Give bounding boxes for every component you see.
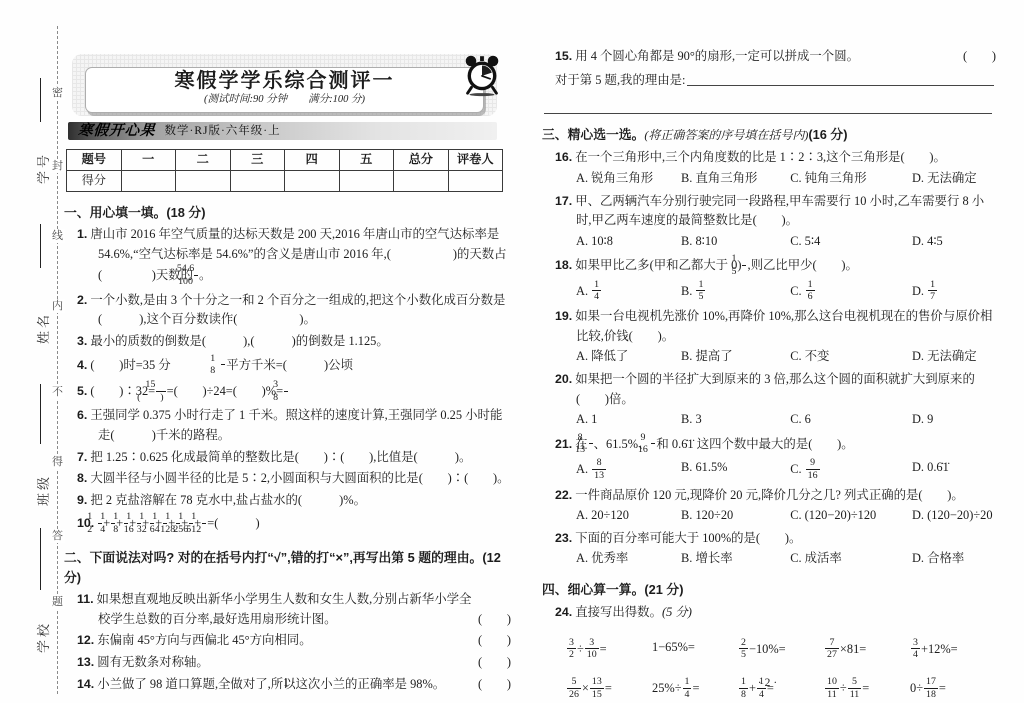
section-3-header: 三、精心选一选。(将正确答案的序号填在括号内)(16 分) (542, 125, 996, 145)
question-number: 9. (77, 493, 87, 507)
question-number: 21. (555, 437, 572, 451)
calc-expression: 25−10%= (738, 638, 824, 662)
choice-options-row: A. 14B. 15C. 16D. 17 (555, 280, 996, 304)
question-24-header: 24.直接写出得数。(5 分) (555, 603, 996, 623)
fill-question: 2.一个小数,是由 3 个十分之一和 2 个百分之一组成的,把这个小数化成百分数… (77, 291, 511, 330)
answer-paren: ( ) (963, 47, 996, 67)
seal-line-char: 内 (50, 299, 65, 313)
score-table-header-cell: 四 (285, 150, 340, 171)
fraction: 38 (284, 379, 288, 403)
choice-option: D. (120−20)÷20 (912, 506, 996, 526)
question-text: 18.如果甲比乙多(甲和乙都大于 0)15,则乙比甲少( )。 (555, 254, 996, 278)
write-blank-line (40, 78, 41, 122)
question-number: 8. (77, 471, 87, 485)
choice-options-row: A. 优秀率B. 增长率C. 成活率D. 合格率 (555, 549, 996, 569)
choice-option: B. 120÷20 (681, 506, 790, 526)
section-3-score: (16 分) (808, 127, 847, 142)
section-1-score: (18 分) (166, 205, 205, 220)
question-text: 王强同学 0.375 小时行走了 1 千米。照这样的速度计算,王强同学 0.25… (90, 408, 502, 442)
choice-option: B. 增长率 (681, 549, 790, 569)
choice-question: 17.甲、乙两辆汽车分别行驶完同一段路程,甲车需要行 10 小时,乙车需要行 8… (555, 192, 996, 252)
seal-line-char: 答 (50, 529, 65, 543)
fraction: 32 (567, 637, 576, 661)
seal-line-char: 密 (50, 86, 65, 100)
score-table-header-cell: 评卷人 (448, 150, 503, 171)
fill-question: 6.王强同学 0.375 小时行走了 1 千米。照这样的速度计算,王强同学 0.… (77, 406, 511, 445)
choice-option: D. 0.6̇1̇ (912, 458, 996, 482)
fraction: 15 (696, 279, 705, 303)
question-24-score: (5 分) (662, 605, 692, 619)
choice-option: D. 9 (912, 410, 996, 430)
question-number: 11. (77, 592, 94, 606)
fill-question: 10.12+14+18+116+132+164+1128+1256+1512=(… (77, 512, 511, 536)
fraction: 16 (806, 279, 815, 303)
choice-option: B. 61.5% (681, 458, 790, 482)
score-table-header-cell: 总分 (394, 150, 449, 171)
margin-field-label: 学校 (33, 614, 49, 660)
question-number: 4. (77, 358, 87, 372)
fraction: 34 (911, 637, 920, 661)
score-entry-cell (121, 171, 176, 192)
seal-margin: 密封线内不得答题学号姓名班级学校 (0, 0, 64, 703)
score-entry-cell (230, 171, 285, 192)
score-entry-cell (339, 171, 394, 192)
fill-question-list: 1.唐山市 2016 年空气质量的达标天数是 200 天,2016 年唐山市的空… (64, 225, 511, 537)
title-box: 寒假学学乐综合测评一 (测试时间:90 分钟 满分:100 分) (72, 54, 497, 116)
score-entry-cell (285, 171, 340, 192)
seal-dashed-line (57, 26, 58, 694)
calc-expression: 727×81= (824, 638, 910, 662)
section-4-score: (21 分) (644, 582, 683, 597)
question-number: 1. (77, 227, 87, 241)
section-3-title: 三、精心选一选。 (542, 127, 644, 142)
score-entry-cell (176, 171, 231, 192)
choice-question-list: 16.在一个三角形中,三个内角度数的比是 1∶2∶3,这个三角形是( )。A. … (542, 148, 996, 569)
fraction: 18 (221, 353, 225, 377)
question-text: 23.下面的百分率可能大于 100%的是( )。 (555, 529, 996, 549)
choice-option: A. 优秀率 (576, 549, 681, 569)
choice-option: D. 4∶5 (912, 232, 996, 252)
score-table-header-cell: 三 (230, 150, 285, 171)
question-text: 16.在一个三角形中,三个内角度数的比是 1∶2∶3,这个三角形是( )。 (555, 148, 996, 168)
choice-option: D. 合格率 (912, 549, 996, 569)
seal-line-char: 题 (50, 595, 65, 609)
judge-question-15: 15.用 4 个圆心角都是 90°的扇形,一定可以拼成一个圆。( ) (542, 47, 996, 67)
brand-edition: 数学·RJ版·六年级·上 (156, 122, 281, 140)
calc-expression: 34+12%= (910, 638, 996, 662)
choice-option: A. 813 (576, 458, 681, 482)
choice-option: D. 无法确定 (912, 347, 996, 367)
choice-question: 18.如果甲比乙多(甲和乙都大于 0)15,则乙比甲少( )。A. 14B. 1… (555, 254, 996, 304)
title-card: 寒假学学乐综合测评一 (测试时间:90 分钟 满分:100 分) (85, 67, 484, 113)
judge-question: 13.圆有无数条对称轴。( ) (77, 653, 511, 673)
score-table-score-row: 得分 (67, 171, 503, 192)
reason-label: 对于第 5 题,我的理由是: (555, 71, 685, 91)
fill-question: 7.把 1.25∶0.625 化成最简单的整数比是( )∶( ),比值是( )。 (77, 448, 511, 468)
answer-blank-line (687, 71, 994, 87)
section-4-header: 四、细心算一算。(21 分) (542, 580, 996, 600)
score-label-cell: 得分 (67, 171, 122, 192)
judge-question: 12.东偏南 45°方向与西偏北 45°方向相同。( ) (77, 631, 511, 651)
seal-line-char: 得 (50, 455, 65, 469)
fraction: 25 (739, 637, 748, 661)
question-text: 一个小数,是由 3 个十分之一和 2 个百分之一组成的,把这个小数化成百分数是(… (90, 293, 505, 327)
choice-options-row: A. 10∶8B. 8∶10C. 5∶4D. 4∶5 (555, 232, 996, 252)
seal-line-char: 封 (50, 159, 65, 173)
fill-question: 8.大圆半径与小圆半径的比是 5∶2,小圆面积与大圆面积的比是( )∶( )。 (77, 469, 511, 489)
section-3-note: (将正确答案的序号填在括号内) (644, 128, 808, 142)
page-number-1: ·1· (64, 674, 511, 692)
choice-option: D. 17 (912, 280, 996, 304)
score-table-header-cell: 二 (176, 150, 231, 171)
section-1-header: 一、用心填一填。(18 分) (64, 203, 511, 223)
test-title: 寒假学学乐综合测评一 (86, 69, 483, 94)
fraction: 17 (928, 279, 937, 303)
write-blank-line (40, 224, 41, 268)
question-text: 13.圆有无数条对称轴。 (77, 653, 472, 673)
reason-row: 对于第 5 题,我的理由是: (555, 71, 994, 91)
question-text: 唐山市 2016 年空气质量的达标天数是 200 天,2016 年唐山市的空气达… (90, 227, 506, 282)
question-text: 最小的质数的倒数是( ),( )的倒数是 1.125。 (90, 334, 388, 348)
choice-option: C. 成活率 (790, 549, 912, 569)
test-info: (测试时间:90 分钟 满分:100 分) (86, 94, 483, 107)
choice-option: C. 916 (790, 458, 912, 482)
question-number: 16. (555, 150, 572, 164)
question-number: 24. (555, 605, 572, 619)
choice-option: B. 直角三角形 (681, 169, 790, 189)
question-text: 把 2 克盐溶解在 78 克水中,盐占盐水的( )%。 (90, 493, 366, 507)
question-number: 7. (77, 450, 87, 464)
fraction: 14 (592, 279, 601, 303)
score-entry-cell (448, 171, 503, 192)
choice-option: B. 8∶10 (681, 232, 790, 252)
question-text: 22.一件商品原价 120 元,现降价 20 元,降价几分之几? 列式正确的是(… (555, 486, 996, 506)
question-24-text: 直接写出得数。 (575, 605, 662, 619)
calc-expression: 1−65%= (652, 638, 738, 662)
question-number: 6. (77, 408, 87, 422)
brand-logo: 寒假开心果 (67, 120, 156, 143)
choice-option: C. 钝角三角形 (790, 169, 912, 189)
choice-option: B. 3 (681, 410, 790, 430)
question-text: 大圆半径与小圆半径的比是 5∶2,小圆面积与大圆面积的比是( )∶( )。 (90, 471, 509, 485)
question-text: 19.如果一台电视机先涨价 10%,再降价 10%,那么这台电视机现在的售价与原… (555, 307, 996, 346)
brand-banner: 寒假开心果 数学·RJ版·六年级·上 (68, 122, 497, 140)
question-number: 18. (555, 258, 572, 272)
question-number: 5. (77, 384, 87, 398)
section-2-header: 二、下面说法对吗? 对的在括号内打“√”,错的打“×”,再写出第 5 题的理由。… (64, 548, 511, 588)
choice-options-row: A. 20÷120B. 120÷20C. (120−20)÷120D. (120… (555, 506, 996, 526)
margin-field-label: 学号 (33, 145, 49, 191)
fraction: 15 (742, 253, 746, 277)
write-blank-line (40, 528, 41, 590)
seal-line-char: 线 (50, 229, 65, 243)
question-number: 19. (555, 309, 572, 323)
question-number: 20. (555, 372, 572, 386)
question-number: 22. (555, 488, 572, 502)
choice-option: C. 6 (790, 410, 912, 430)
section-1-title: 一、用心填一填。 (64, 205, 166, 220)
question-text: 20.如果把一个圆的半径扩大到原来的 3 倍,那么这个圆的面积就扩大到原来的( … (555, 370, 996, 409)
fraction: 813 (589, 432, 593, 456)
write-blank-line (40, 384, 41, 444)
question-text: 把 1.25∶0.625 化成最简单的整数比是( )∶( ),比值是( )。 (90, 450, 471, 464)
alarm-clock-icon (458, 48, 506, 98)
question-number: 2. (77, 293, 87, 307)
fraction: 15( ) (156, 379, 165, 403)
question-number: 12. (77, 633, 94, 647)
answer-paren: ( ) (478, 653, 511, 673)
choice-option: A. 锐角三角形 (576, 169, 681, 189)
choice-question: 19.如果一台电视机先涨价 10%,再降价 10%,那么这台电视机现在的售价与原… (555, 307, 996, 367)
calc-row: 32÷310=1−65%=25−10%=727×81=34+12%= (542, 638, 996, 662)
choice-options-row: A. 813B. 61.5%C. 916D. 0.6̇1̇ (555, 458, 996, 482)
section-2-title: 二、下面说法对吗? 对的在括号内打“√”,错的打“×”,再写出第 5 题的理由。 (64, 550, 482, 565)
choice-option: A. 10∶8 (576, 232, 681, 252)
score-table-header-cell: 题号 (67, 150, 122, 171)
judge-question: 15.用 4 个圆心角都是 90°的扇形,一定可以拼成一个圆。( ) (555, 47, 996, 67)
choice-option: D. 无法确定 (912, 169, 996, 189)
fraction: 54.6100 (194, 263, 198, 287)
calc-expression: 32÷310= (566, 638, 652, 662)
fraction: 1512 (202, 511, 206, 535)
choice-option: C. 5∶4 (790, 232, 912, 252)
seal-line-char: 不 (50, 385, 65, 399)
choice-option: B. 15 (681, 280, 790, 304)
question-number: 15. (555, 49, 572, 63)
score-table: 题号一二三四五总分评卷人 得分 (66, 149, 503, 192)
choice-options-row: A. 1B. 3C. 6D. 9 (555, 410, 996, 430)
question-text: ( )∶32=15( )=( )÷24=( )%=38 (90, 384, 289, 398)
score-table-header-cell: 五 (339, 150, 394, 171)
fraction: 813 (592, 457, 606, 481)
choice-question: 22.一件商品原价 120 元,现降价 20 元,降价几分之几? 列式正确的是(… (555, 486, 996, 526)
choice-option: B. 提高了 (681, 347, 790, 367)
section-4-title: 四、细心算一算。 (542, 582, 644, 597)
choice-options-row: A. 锐角三角形B. 直角三角形C. 钝角三角形D. 无法确定 (555, 169, 996, 189)
choice-question: 23.下面的百分率可能大于 100%的是( )。A. 优秀率B. 增长率C. 成… (555, 529, 996, 569)
question-text: 12+14+18+116+132+164+1128+1256+1512=( ) (97, 516, 259, 530)
choice-option: C. 不变 (790, 347, 912, 367)
score-entry-cell (394, 171, 449, 192)
fill-question: 9.把 2 克盐溶解在 78 克水中,盐占盐水的( )%。 (77, 491, 511, 511)
question-text: 21.在813、61.5%、916和 0.6̇1̇ 这四个数中最大的是( )。 (555, 433, 996, 457)
fill-question: 1.唐山市 2016 年空气质量的达标天数是 200 天,2016 年唐山市的空… (77, 225, 511, 289)
score-table-header-cell: 一 (121, 150, 176, 171)
choice-options-row: A. 降低了B. 提高了C. 不变D. 无法确定 (555, 347, 996, 367)
question-number: 13. (77, 655, 94, 669)
answer-paren: ( ) (478, 631, 511, 651)
choice-option: C. 16 (790, 280, 912, 304)
question-text: 15.用 4 个圆心角都是 90°的扇形,一定可以拼成一个圆。 (555, 47, 957, 67)
choice-option: C. (120−20)÷120 (790, 506, 912, 526)
question-text: ( )时=35 分 18平方千米=( )公顷 (90, 358, 353, 372)
answer-blank-line (544, 112, 992, 114)
fraction: 916 (806, 457, 820, 481)
test-page-1: 寒假学学乐综合测评一 (测试时间:90 分钟 满分:100 分) 寒假开心果 数… (64, 34, 511, 696)
fill-question: 4.( )时=35 分 18平方千米=( )公顷 (77, 354, 511, 378)
choice-question: 16.在一个三角形中,三个内角度数的比是 1∶2∶3,这个三角形是( )。A. … (555, 148, 996, 188)
fill-question: 3.最小的质数的倒数是( ),( )的倒数是 1.125。 (77, 332, 511, 352)
question-text: 12.东偏南 45°方向与西偏北 45°方向相同。 (77, 631, 472, 651)
question-number: 17. (555, 194, 572, 208)
choice-question: 20.如果把一个圆的半径扩大到原来的 3 倍,那么这个圆的面积就扩大到原来的( … (555, 370, 996, 430)
fraction: 310 (585, 637, 599, 661)
test-page-2: 15.用 4 个圆心角都是 90°的扇形,一定可以拼成一个圆。( ) 对于第 5… (542, 34, 996, 696)
scanned-test-paper: { "margin": { "fields": ["学号", "姓名", "班级… (0, 0, 1024, 703)
choice-option: A. 1 (576, 410, 681, 430)
choice-option: A. 20÷120 (576, 506, 681, 526)
question-number: 3. (77, 334, 87, 348)
margin-field-label: 姓名 (33, 305, 49, 351)
page-number-2: ·2· (542, 674, 996, 692)
score-table-header-row: 题号一二三四五总分评卷人 (67, 150, 503, 171)
margin-field-label: 班级 (33, 467, 49, 513)
judge-question: 11.如果想直观地反映出新华小学男生人数和女生人数,分别占新华小学全校学生总数的… (77, 590, 511, 629)
choice-question: 21.在813、61.5%、916和 0.6̇1̇ 这四个数中最大的是( )。A… (555, 433, 996, 483)
question-number: 23. (555, 531, 572, 545)
choice-option: A. 降低了 (576, 347, 681, 367)
question-text: 11.如果想直观地反映出新华小学男生人数和女生人数,分别占新华小学全校学生总数的… (77, 590, 472, 629)
question-text: 17.甲、乙两辆汽车分别行驶完同一段路程,甲车需要行 10 小时,乙车需要行 8… (555, 192, 996, 231)
fraction: 727 (825, 637, 839, 661)
fraction: 916 (651, 432, 655, 456)
fill-question: 5.( )∶32=15( )=( )÷24=( )%=38 (77, 380, 511, 404)
answer-paren: ( ) (478, 610, 511, 630)
choice-option: A. 14 (576, 280, 681, 304)
